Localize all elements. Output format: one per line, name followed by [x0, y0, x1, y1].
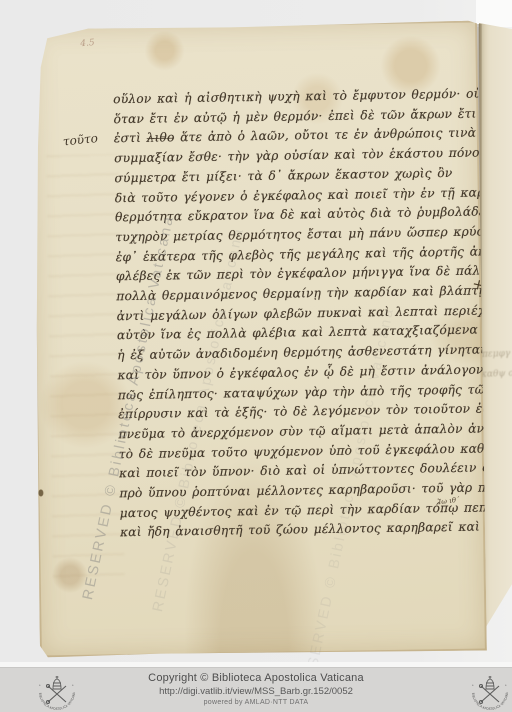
svg-text:*: *	[39, 683, 41, 688]
svg-text:*: *	[505, 683, 507, 688]
vatican-library-seal-icon: BIBLIOTECA APOSTOLICA VATICANA **	[467, 672, 512, 712]
pencil-foliation-note: 4.5	[80, 38, 95, 49]
margin-annotation: τοῦτο	[62, 131, 98, 149]
showthrough-text: καθψ σζψμ	[481, 368, 512, 380]
svg-text:*: *	[72, 683, 74, 688]
verso-showthrough	[46, 154, 125, 585]
manuscript-text: οὕλον καὶ ἡ αἰσθητικὴ ψυχὴ καὶ τὸ ἔμφυτο…	[113, 85, 482, 544]
background-white-band	[476, 0, 512, 27]
showthrough-text: πεμφγ ωσζ	[482, 348, 512, 360]
svg-text:*: *	[472, 683, 474, 688]
ink-speck	[38, 489, 43, 496]
vatican-library-seal-icon: BIBLIOTECA APOSTOLICA VATICANA **	[34, 672, 80, 712]
scan-viewer-canvas: πεμφγ ωσζ καθψ σζψμ 4.5 τοῦτο οὕλον καὶ …	[0, 0, 512, 712]
manuscript-page: 4.5 τοῦτο οὕλον καὶ ἡ αἰσθητικὴ ψυχὴ καὶ…	[30, 21, 487, 658]
